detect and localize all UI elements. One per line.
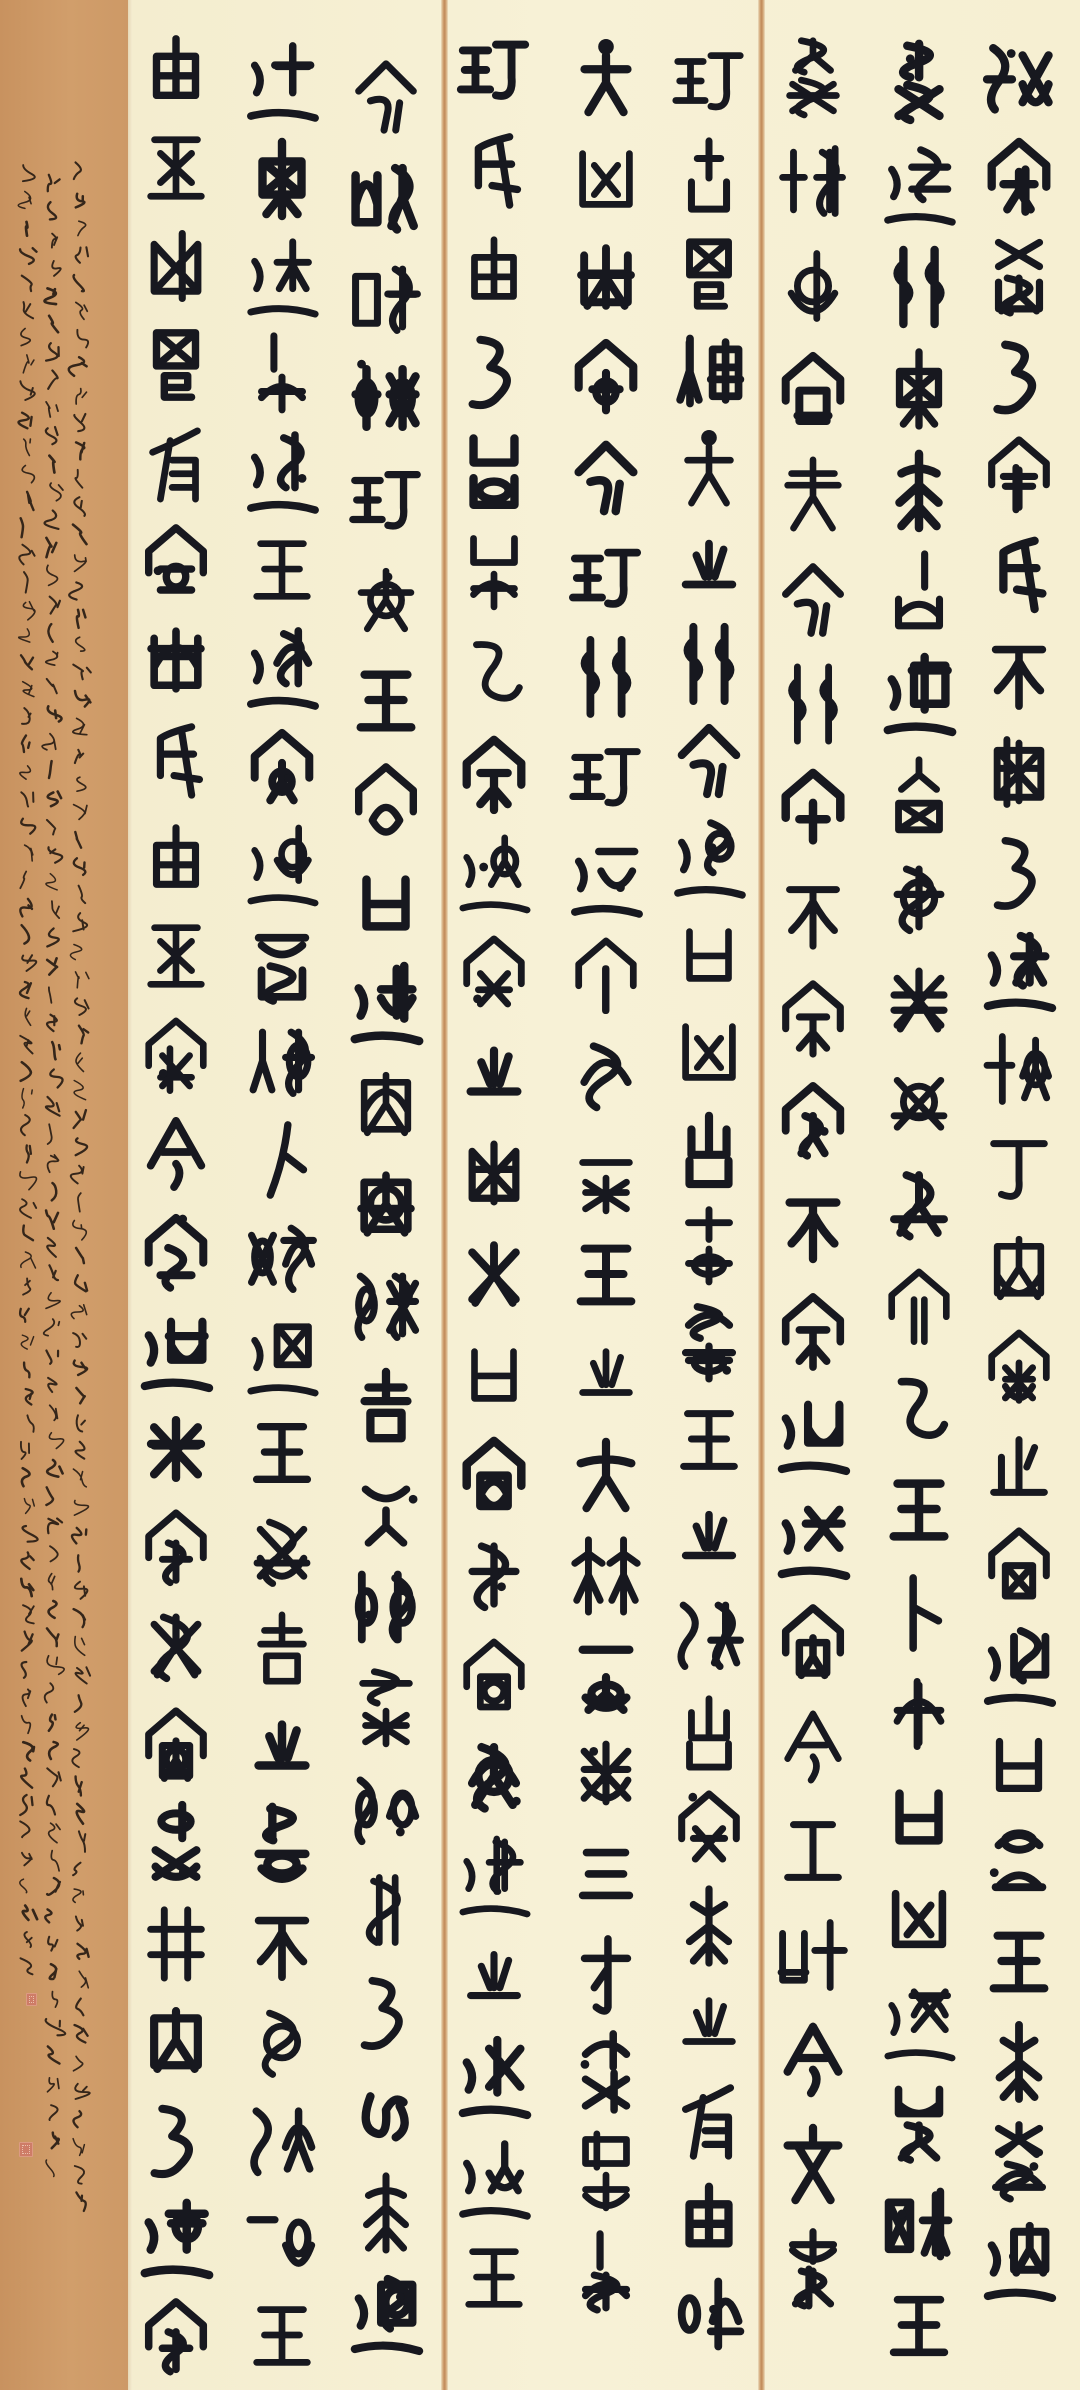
glyph-reading: 賊 (771, 137, 855, 225)
glyph-reading: 才 (564, 1929, 648, 2017)
cursive-colophon-glyph: □ (16, 542, 38, 566)
cursive-colophon-glyph: □ (69, 1606, 91, 1630)
colophon-glyph-reading: □ (16, 678, 38, 702)
cursive-colophon-glyph: □ (69, 299, 91, 323)
bronze-script-glyph: 旨 (877, 2078, 961, 2166)
bronze-script-glyph: 心 (344, 2067, 428, 2155)
glyph-reading: 般 (667, 1590, 751, 1678)
colophon-glyph-reading: □ (69, 716, 91, 740)
cursive-colophon-glyph: □ (16, 651, 38, 675)
bronze-script-glyph: 不 (240, 1899, 324, 1987)
colophon-glyph-reading: □ (69, 744, 91, 768)
colophon-glyph-reading: □ (16, 814, 38, 838)
glyph-reading: 既 (240, 1311, 324, 1399)
glyph-reading: 飤 (977, 430, 1061, 518)
cursive-colophon-glyph: □ (16, 1602, 38, 1626)
bronze-script-glyph: 虎 (771, 1494, 855, 1582)
right-panel-column-1: 盤甫遹乃飤氏不諻乃居永于昜齊止內言曰我王朿般殳 (977, 33, 1061, 2304)
glyph-reading: 文 (771, 2120, 855, 2208)
colophon-glyph-reading: □ (69, 1857, 91, 1881)
colophon-glyph-reading: □ (42, 1206, 64, 1230)
colophon-glyph-reading: □ (42, 228, 64, 252)
bronze-script-glyph: 先 (877, 2180, 961, 2268)
glyph-reading: 不 (771, 1181, 855, 1269)
cursive-colophon-glyph: □ (42, 1317, 64, 1341)
bronze-script-glyph: 宗 (771, 972, 855, 1060)
bronze-script-glyph: 玤 (877, 140, 961, 228)
glyph-reading: 止 (977, 1422, 1061, 1510)
glyph-reading: 歲 (344, 1866, 428, 1954)
glyph-reading: 猷 (771, 763, 855, 851)
colophon-glyph-reading: □ (16, 1140, 38, 1164)
glyph-reading: 般 (977, 2117, 1061, 2205)
glyph-reading: 甫 (977, 132, 1061, 220)
cursive-colophon-glyph: □ (69, 1718, 91, 1742)
colophon-glyph-reading: □ (69, 772, 91, 796)
glyph-reading: 替 (134, 1996, 218, 2084)
glyph-reading: 孚 (134, 1799, 218, 1887)
glyph-reading: 氏 (134, 715, 218, 803)
cursive-colophon-glyph: □ (16, 950, 38, 974)
cursive-colophon-glyph: □ (16, 1847, 38, 1871)
bronze-script-glyph: 至 (344, 354, 428, 442)
colophon-glyph-reading: □ (69, 1189, 91, 1213)
glyph-reading: 王 (977, 1918, 1061, 2006)
bronze-script-glyph: 玗 (452, 25, 536, 113)
bronze-script-glyph: 林 (564, 1530, 648, 1618)
cursive-colophon-glyph: □ (69, 1551, 91, 1575)
colophon-glyph-reading: □ (69, 1523, 91, 1547)
bronze-script-glyph: 凶 (667, 1007, 751, 1095)
bronze-script-glyph: 粗 (344, 959, 428, 1047)
cursive-colophon-glyph: □ (16, 434, 38, 458)
colophon-glyph-reading: □ (42, 535, 64, 559)
cursive-colophon-glyph: □ (42, 1597, 64, 1621)
bronze-script-glyph: 鼏 (667, 1784, 751, 1872)
cursive-colophon-glyph: □ (69, 271, 91, 295)
colophon-glyph-reading: □ (42, 1038, 64, 1062)
glyph-reading: 乃 (134, 2095, 218, 2183)
bronze-script-glyph: 渝 (134, 1602, 218, 1690)
bronze-script-glyph: 能 (877, 1058, 961, 1146)
cursive-colophon-glyph: □ (69, 688, 91, 712)
colophon-glyph-reading: □ (42, 675, 64, 699)
glyph-reading: 每 (564, 1729, 648, 1817)
colophon-glyph-reading: □ (42, 870, 64, 894)
bronze-script-glyph: 我 (564, 333, 648, 421)
cursive-colophon-glyph: □ (42, 423, 64, 447)
glyph-reading: 三 (564, 1829, 648, 1917)
bronze-script-glyph: 永 (977, 1025, 1061, 1113)
cursive-colophon-glyph: □ (69, 383, 91, 407)
cursive-colophon-glyph: □ (16, 1113, 38, 1137)
bronze-script-glyph: 盂 (344, 254, 428, 342)
glyph-reading: 敎 (564, 2228, 648, 2316)
glyph-reading: 佺 (452, 1732, 536, 1820)
cursive-colophon-glyph: □ (16, 1955, 38, 1979)
cursive-colophon-glyph: □ (69, 605, 91, 629)
colophon-glyph-reading: □ (69, 1022, 91, 1046)
glyph-reading: 令 (344, 52, 428, 140)
bronze-script-glyph: 賓 (240, 723, 324, 811)
cursive-colophon-glyph: □ (69, 939, 91, 963)
bronze-script-glyph: 鼓 (344, 1765, 428, 1853)
bronze-script-glyph: 工 (771, 1807, 855, 1895)
cursive-colophon-glyph: □ (16, 705, 38, 729)
cursive-colophon-glyph: □ (42, 368, 64, 392)
bronze-script-glyph: 浊 (134, 1208, 218, 1296)
colophon-glyph-reading: □ (69, 828, 91, 852)
glyph-reading: 令 (564, 433, 648, 521)
glyph-reading: 吉 (344, 1362, 428, 1450)
colophon-glyph-reading: □ (69, 994, 91, 1018)
glyph-reading: 有 (134, 419, 218, 507)
bronze-script-glyph: 由 (667, 2173, 751, 2261)
cursive-colophon-glyph: □ (16, 1575, 38, 1599)
bronze-script-glyph: 龢 (134, 1011, 218, 1099)
bronze-script-glyph: 旹 (877, 1976, 961, 2064)
bronze-script-glyph: 佺 (452, 1732, 536, 1820)
cursive-colophon-glyph: □ (42, 619, 64, 643)
colophon-glyph-reading: □ (42, 451, 64, 475)
glyph-reading: 鉞 (134, 222, 218, 310)
colophon-glyph-reading: □ (42, 1960, 64, 1984)
cursive-colophon-glyph: □ (42, 1904, 64, 1928)
glyph-reading: 敔 (452, 1632, 536, 1720)
cursive-colophon-glyph: □ (69, 1940, 91, 1964)
glyph-reading: 鼓 (344, 1765, 428, 1853)
bronze-script-glyph: 之 (667, 1979, 751, 2067)
colophon-glyph-reading: □ (69, 494, 91, 518)
cursive-colophon-glyph: □ (16, 162, 38, 186)
glyph-reading: 亦 (877, 956, 961, 1044)
bronze-script-glyph: 固 (240, 821, 324, 909)
colophon-glyph-reading: □ (69, 661, 91, 685)
bronze-script-glyph: 王 (240, 1409, 324, 1497)
bronze-script-glyph: 紹 (240, 2194, 324, 2282)
glyph-reading: 或 (452, 1531, 536, 1619)
bronze-script-glyph: 或 (452, 1531, 536, 1619)
colophon-glyph-reading: □ (16, 325, 38, 349)
glyph-reading: 乃 (344, 1967, 428, 2055)
cursive-colophon-glyph: □ (69, 1884, 91, 1908)
bronze-script-glyph: 往 (240, 919, 324, 1007)
glyph-reading: 之 (452, 1933, 536, 2021)
glyph-reading: 今 (771, 1702, 855, 1790)
bronze-script-glyph: 鑠 (452, 1129, 536, 1217)
bronze-script-glyph: 鉞 (134, 222, 218, 310)
cursive-colophon-glyph: □ (42, 2072, 64, 2096)
colophon-glyph-reading: □ (69, 1801, 91, 1825)
glyph-reading: 乙 (452, 627, 536, 715)
colophon-glyph-reading: □ (16, 787, 38, 811)
cursive-colophon-glyph: □ (42, 1569, 64, 1593)
cursive-colophon-glyph: □ (16, 325, 38, 349)
bronze-script-glyph: 遹 (977, 231, 1061, 319)
colophon-glyph-reading: □ (69, 1161, 91, 1185)
colophon-glyph-reading: □ (42, 1290, 64, 1314)
bronze-script-glyph: 氏 (452, 125, 536, 213)
glyph-reading: 不 (240, 1899, 324, 1987)
bronze-script-glyph: 吉 (344, 1362, 428, 1450)
colophon-glyph-reading: □ (16, 298, 38, 322)
colophon-glyph-reading: □ (16, 1113, 38, 1137)
glyph-reading: 古 (667, 133, 751, 221)
cursive-colophon-glyph: □ (69, 243, 91, 267)
colophon-glyph-reading: □ (16, 434, 38, 458)
cursive-colophon-glyph: □ (42, 228, 64, 252)
glyph-reading: 乃 (977, 827, 1061, 915)
cursive-colophon-glyph: □ (69, 1106, 91, 1130)
glyph-reading: 乃 (977, 331, 1061, 419)
glyph-reading: 考 (240, 428, 324, 516)
cursive-colophon-glyph: □ (42, 898, 64, 922)
glyph-reading: 考 (564, 1131, 648, 1219)
bronze-script-glyph: 昜 (977, 1224, 1061, 1312)
colophon-glyph-reading: □ (69, 1439, 91, 1463)
cursive-colophon-glyph: □ (16, 923, 38, 947)
colophon-glyph-reading: □ (69, 883, 91, 907)
glyph-reading: 玗 (564, 533, 648, 621)
colophon-glyph-reading: □ (16, 597, 38, 621)
bronze-script-glyph: 玗 (564, 533, 648, 621)
bronze-script-glyph: 復 (240, 1801, 324, 1889)
bronze-script-glyph: 令 (667, 716, 751, 804)
colophon-glyph-reading: □ (42, 1820, 64, 1844)
colophon-glyph-reading: □ (16, 379, 38, 403)
colophon-glyph-reading: □ (16, 868, 38, 892)
bronze-script-glyph: 殳 (977, 2216, 1061, 2304)
glyph-reading: 昜 (877, 1160, 961, 1248)
colophon-glyph-reading: □ (42, 843, 64, 867)
bronze-script-glyph: 朿 (667, 1881, 751, 1969)
bronze-script-glyph: 曰 (877, 1772, 961, 1860)
cursive-colophon-glyph: □ (16, 1901, 38, 1925)
cursive-colophon-glyph: □ (16, 977, 38, 1001)
bronze-script-glyph: 井 (134, 1898, 218, 1986)
colophon-glyph-reading: □ (42, 898, 64, 922)
bronze-script-glyph: 宫 (771, 242, 855, 330)
cursive-colophon-glyph: □ (16, 216, 38, 240)
glyph-reading: 韶 (877, 1670, 961, 1758)
colophon-glyph-reading: □ (42, 1178, 64, 1202)
colophon-glyph-reading: □ (42, 1317, 64, 1341)
glyph-reading: 盤 (564, 2028, 648, 2116)
glyph-reading: 兄 (240, 1213, 324, 1301)
colophon-glyph-reading: □ (69, 1495, 91, 1519)
glyph-reading: 足 (134, 1405, 218, 1493)
colophon-glyph-reading: □ (16, 488, 38, 512)
cursive-colophon-glyph: □ (42, 1876, 64, 1900)
cursive-colophon-glyph: □ (69, 1412, 91, 1436)
cursive-colophon-glyph: □ (69, 1690, 91, 1714)
glyph-reading: 于 (977, 1124, 1061, 1212)
cursive-colophon-glyph: □ (42, 591, 64, 615)
colophon-glyph-reading: □ (69, 549, 91, 573)
cursive-colophon-glyph: □ (69, 438, 91, 462)
cursive-colophon-glyph: □ (16, 461, 38, 485)
cursive-colophon-glyph: □ (16, 244, 38, 268)
colophon-glyph-reading: □ (16, 1847, 38, 1871)
bronze-script-glyph: 每 (564, 1729, 648, 1817)
bronze-script-glyph: 丝 (771, 659, 855, 747)
glyph-reading: 戎 (771, 33, 855, 121)
bronze-script-glyph: 倍 (134, 1503, 218, 1591)
colophon-glyph-reading: □ (16, 841, 38, 865)
cursive-colophon-glyph: □ (69, 1523, 91, 1547)
cursive-colophon-glyph: □ (42, 2100, 64, 2124)
bronze-script-glyph: 蔑 (452, 828, 536, 916)
bronze-script-glyph: 乙 (877, 1364, 961, 1452)
cursive-colophon-glyph: □ (16, 1765, 38, 1789)
colophon-glyph-reading: □ (16, 1575, 38, 1599)
glyph-reading: 言 (977, 1621, 1061, 1709)
bronze-script-glyph: 究 (667, 813, 751, 901)
cursive-colophon-glyph: □ (69, 911, 91, 935)
glyph-reading: 宰 (452, 1230, 536, 1318)
bronze-script-glyph: 今 (771, 2015, 855, 2103)
colophon-glyph-reading: □ (16, 1439, 38, 1463)
cursive-colophon-glyph: □ (16, 841, 38, 865)
cursive-colophon-glyph: □ (69, 2107, 91, 2131)
bronze-script-glyph: 凶 (564, 134, 648, 222)
bronze-script-glyph: 夾 (240, 624, 324, 712)
glyph-reading: 有 (667, 2076, 751, 2164)
cursive-colophon-glyph: □ (69, 883, 91, 907)
bronze-script-glyph: 東 (877, 344, 961, 432)
glyph-reading: 由 (667, 2173, 751, 2261)
colophon-glyph-reading: □ (42, 1681, 64, 1705)
cursive-colophon-glyph: □ (16, 1086, 38, 1110)
colophon-glyph-reading: □ (69, 1328, 91, 1352)
cursive-colophon-glyph: □ (69, 633, 91, 657)
bronze-script-glyph: 從 (667, 1202, 751, 1290)
glyph-reading: 巫 (134, 124, 218, 212)
cursive-colophon-glyph: □ (42, 172, 64, 196)
bronze-script-glyph: 天 (667, 425, 751, 513)
bronze-script-glyph: 之 (452, 1933, 536, 2021)
glyph-reading: 匽 (564, 1630, 648, 1718)
bronze-script-glyph: 王 (240, 2292, 324, 2380)
bronze-script-glyph: 孚 (344, 1261, 428, 1349)
cursive-colophon-glyph: □ (69, 1439, 91, 1463)
bronze-script-glyph: 氏 (977, 529, 1061, 617)
bronze-script-glyph: 臣 (134, 1306, 218, 1394)
bronze-script-glyph: 乃 (134, 2095, 218, 2183)
colophon-glyph-reading: □ (16, 1738, 38, 1762)
cursive-colophon-glyph: □ (16, 1521, 38, 1545)
bronze-script-glyph: 由 (134, 814, 218, 902)
glyph-reading: 之 (667, 1979, 751, 2067)
glyph-reading: 氏 (977, 529, 1061, 617)
cursive-colophon-glyph: □ (69, 1078, 91, 1102)
bronze-script-glyph: 出 (667, 1104, 751, 1192)
bronze-script-glyph: 匽 (877, 1262, 961, 1350)
bronze-script-glyph: 杜 (452, 427, 536, 515)
glyph-reading: 孚 (344, 1261, 428, 1349)
bronze-script-glyph: 乃 (977, 331, 1061, 419)
colophon-glyph-reading: □ (16, 1765, 38, 1789)
colophon-glyph-reading: □ (42, 1988, 64, 2012)
glyph-reading: 言 (134, 616, 218, 704)
colophon-glyph-reading: □ (69, 911, 91, 935)
colophon-glyph-reading: □ (42, 2044, 64, 2068)
glyph-reading: 凶 (564, 134, 648, 222)
glyph-reading: 替 (452, 2134, 536, 2222)
colophon-glyph-reading: □ (16, 1385, 38, 1409)
cursive-colophon-glyph: □ (42, 507, 64, 531)
glyph-reading: 從 (240, 36, 324, 124)
bronze-script-glyph: 韶 (877, 1670, 961, 1758)
cursive-colophon-glyph: □ (69, 1745, 91, 1769)
bronze-script-glyph: 述 (564, 233, 648, 321)
bronze-script-glyph: 罕 (877, 548, 961, 636)
glyph-reading: 述 (564, 233, 648, 321)
bronze-script-glyph: 叀 (452, 1431, 536, 1519)
colophon-glyph-reading: □ (16, 923, 38, 947)
glyph-reading: 林 (564, 1530, 648, 1618)
bronze-script-glyph: 凶 (877, 1874, 961, 1962)
cursive-colophon-glyph: □ (16, 407, 38, 431)
glyph-reading: 東 (877, 344, 961, 432)
colophon-glyph-reading: □ (42, 647, 64, 671)
cursive-colophon-glyph: □ (42, 451, 64, 475)
glyph-reading: 大 (564, 1430, 648, 1518)
glyph-reading: 厥 (771, 1389, 855, 1477)
bronze-script-glyph: 敷 (344, 1463, 428, 1551)
glyph-reading: 賓 (240, 723, 324, 811)
cursive-colophon-glyph: □ (42, 647, 64, 671)
cursive-colophon-glyph: □ (42, 1681, 64, 1705)
bronze-script-glyph: 止 (977, 1422, 1061, 1510)
glyph-reading: 不 (977, 628, 1061, 716)
left-panel-column-1: 令昜盂至玗宫王光曰粗沱昜孚吉敷湆浊鼓歲乃心來𢔜 (344, 52, 428, 2357)
colophon-glyph-reading: □ (42, 1010, 64, 1034)
colophon-glyph-reading: □ (42, 1792, 64, 1816)
glyph-reading: 我 (977, 1819, 1061, 1907)
bronze-script-glyph: 害 (240, 232, 324, 320)
glyph-reading: 医 (240, 1998, 324, 2086)
colophon-glyph-reading: □ (42, 1150, 64, 1174)
cursive-colophon-glyph: □ (42, 1234, 64, 1258)
glyph-reading: 䜌 (771, 346, 855, 434)
cursive-colophon-glyph: □ (16, 1412, 38, 1436)
glyph-reading: 沱 (344, 1060, 428, 1148)
bronze-script-glyph: 玗 (564, 732, 648, 820)
colophon-glyph-reading: □ (69, 1690, 91, 1714)
glyph-reading: 敉 (240, 1507, 324, 1595)
glyph-reading: 我 (240, 330, 324, 418)
glyph-reading: 由 (452, 226, 536, 314)
cursive-colophon-glyph: □ (16, 1032, 38, 1056)
colophon-glyph-reading: □ (16, 1602, 38, 1626)
bronze-script-glyph: 王 (240, 526, 324, 614)
cursive-colophon-glyph: □ (69, 1300, 91, 1324)
bronze-script-glyph: 昜 (877, 1160, 961, 1248)
cursive-colophon-glyph: □ (69, 1829, 91, 1853)
colophon-glyph-reading: □ (42, 563, 64, 587)
glyph-reading: 王 (240, 2292, 324, 2380)
glyph-reading: 天 (667, 425, 751, 513)
colophon-glyph-reading: □ (16, 1684, 38, 1708)
colophon-glyph-reading: □ (42, 787, 64, 811)
cursive-colophon-glyph: □ (42, 1122, 64, 1146)
glyph-reading: 先 (877, 2180, 961, 2268)
cursive-colophon-glyph: □ (69, 1495, 91, 1519)
glyph-reading: 厥 (240, 2096, 324, 2184)
bronze-script-glyph: 乃 (977, 827, 1061, 915)
cursive-colophon-glyph: □ (42, 1038, 64, 1062)
